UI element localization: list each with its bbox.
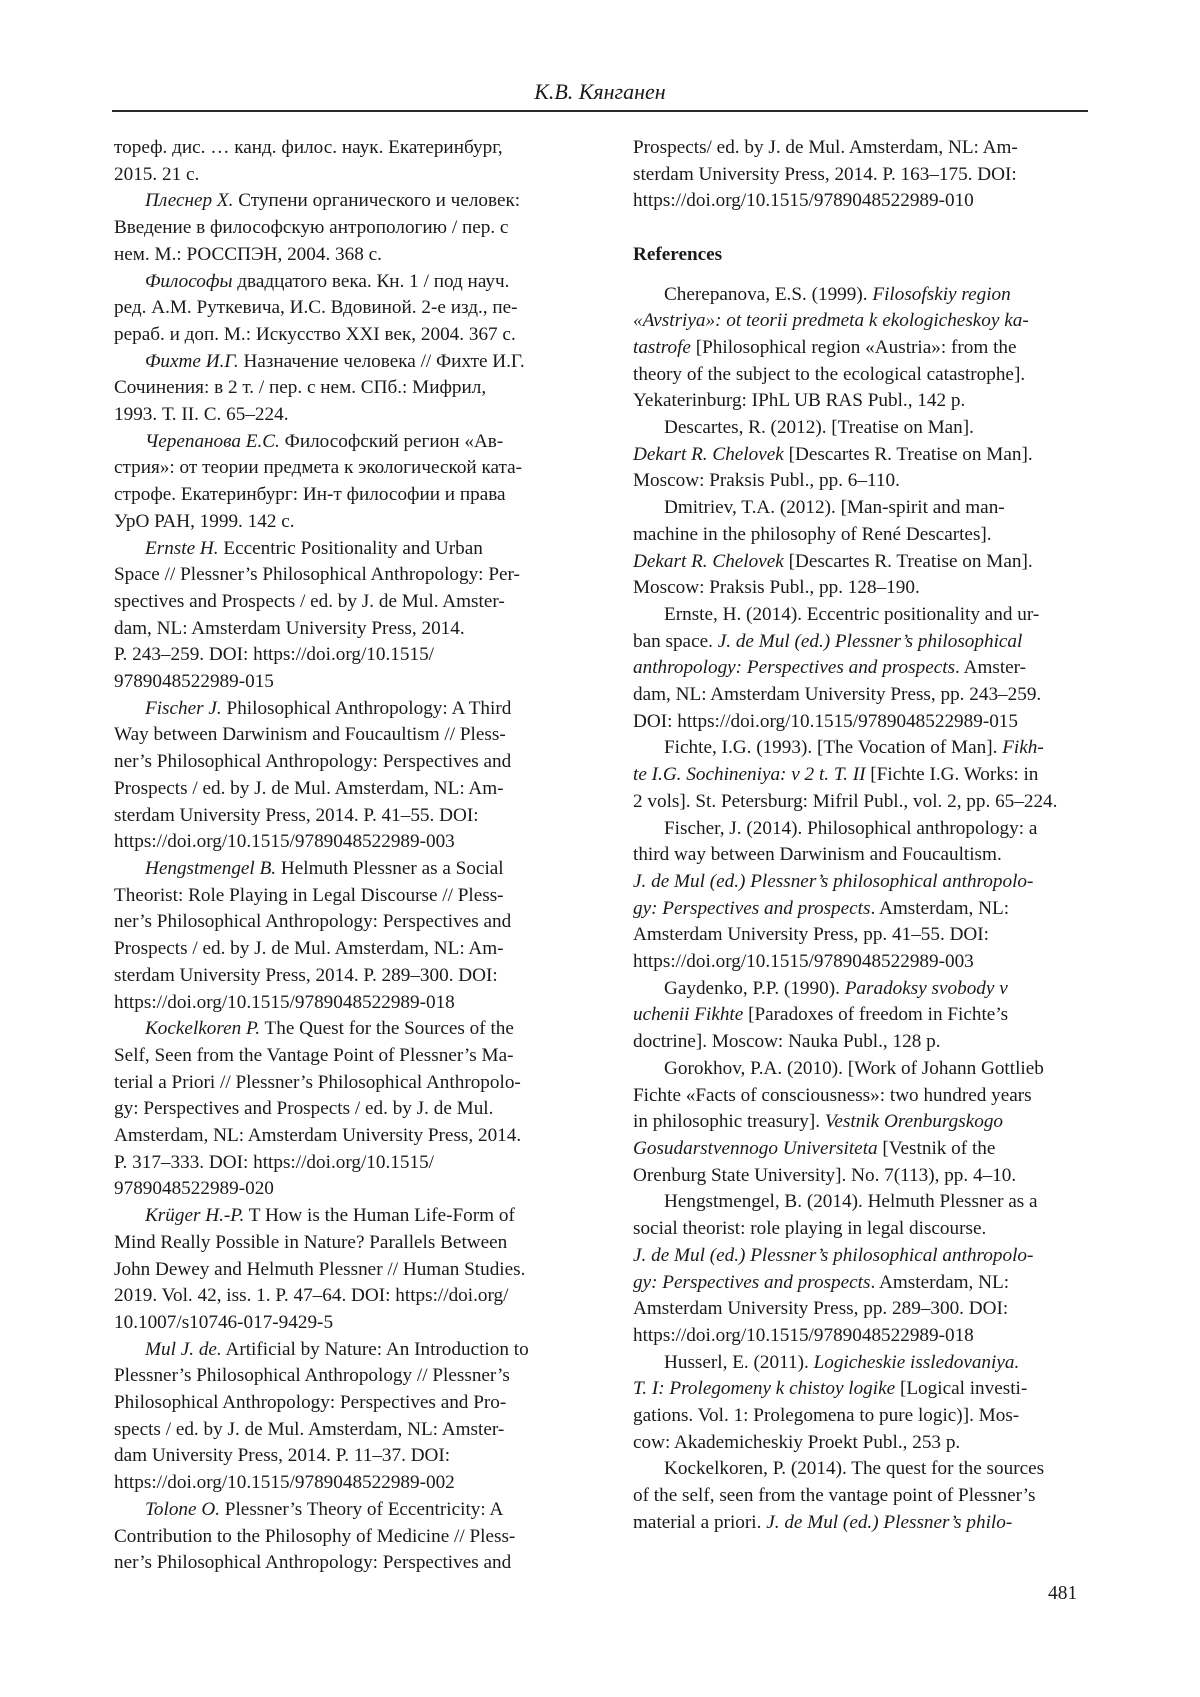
text-line: Plessner’s Philosophical Anthropology //… bbox=[114, 1363, 574, 1390]
text-line: DOI: https://doi.org/10.1515/97890485229… bbox=[633, 709, 1095, 736]
text: Theorist: Role Playing in Legal Discours… bbox=[114, 885, 504, 906]
text: Eccentric Positionality and Urban bbox=[219, 538, 483, 559]
text-line: third way between Darwinism and Foucault… bbox=[633, 842, 1095, 869]
text-line: 2019. Vol. 42, iss. 1. P. 47–64. DOI: ht… bbox=[114, 1283, 574, 1310]
right-column: Prospects/ ed. by J. de Mul. Amsterdam, … bbox=[633, 135, 1095, 1537]
bibliography-entry: Kockelkoren, P. (2014). The quest for th… bbox=[633, 1456, 1095, 1536]
text: third way between Darwinism and Foucault… bbox=[633, 844, 1002, 865]
text-line: Черепанова Е.С. Философский регион «Ав- bbox=[114, 429, 574, 456]
text: Введение в философскую антропологию / пе… bbox=[114, 217, 508, 238]
italic-text: J. de Mul (ed.) Plessner’s philosophical bbox=[718, 631, 1023, 652]
italic-text: gy: Perspectives and prospects bbox=[633, 898, 870, 919]
text: 2019. Vol. 42, iss. 1. P. 47–64. DOI: ht… bbox=[114, 1285, 508, 1306]
text: in philosophic treasury]. bbox=[633, 1111, 825, 1132]
text: Dmitriev, T.A. (2012). [Man-spirit and m… bbox=[664, 497, 1005, 518]
text: Prospects / ed. by J. de Mul. Amsterdam,… bbox=[114, 938, 504, 959]
text: Way between Darwinism and Foucaultism //… bbox=[114, 724, 506, 745]
text: ner’s Philosophical Anthropology: Perspe… bbox=[114, 911, 511, 932]
text-line: ner’s Philosophical Anthropology: Perspe… bbox=[114, 909, 574, 936]
text: Fichte «Facts of consciousness»: two hun… bbox=[633, 1085, 1032, 1106]
italic-text: Mul J. de. bbox=[145, 1339, 222, 1360]
text-line: dam, NL: Amsterdam University Press, pp.… bbox=[633, 682, 1095, 709]
text-line: 9789048522989-015 bbox=[114, 669, 574, 696]
text: DOI: https://doi.org/10.1515/97890485229… bbox=[633, 711, 1018, 732]
text-line: Krüger H.-P. T How is the Human Life-For… bbox=[114, 1203, 574, 1230]
text: dam, NL: Amsterdam University Press, pp.… bbox=[633, 684, 1041, 705]
text: Ступени органического и человек: bbox=[233, 190, 520, 211]
text: social theorist: role playing in legal d… bbox=[633, 1218, 986, 1239]
text-line: Dekart R. Chelovek [Descartes R. Treatis… bbox=[633, 442, 1095, 469]
bibliography-entry: Fichte, I.G. (1993). [The Vocation of Ma… bbox=[633, 735, 1095, 815]
text: [Philosophical region «Austria»: from th… bbox=[691, 337, 1017, 358]
text: Kockelkoren, P. (2014). The quest for th… bbox=[664, 1458, 1044, 1479]
text-line: Contribution to the Philosophy of Medici… bbox=[114, 1524, 574, 1551]
text-line: Плеснер Х. Ступени органического и челов… bbox=[114, 188, 574, 215]
text: Mind Really Possible in Nature? Parallel… bbox=[114, 1232, 507, 1253]
text: [Fichte I.G. Works: in bbox=[866, 764, 1039, 785]
text: Hengstmengel, B. (2014). Helmuth Plessne… bbox=[664, 1191, 1038, 1212]
text: John Dewey and Helmuth Plessner // Human… bbox=[114, 1259, 525, 1280]
italic-text: T. I: Prolegomeny k chistoy logike bbox=[633, 1378, 895, 1399]
text-line: Self, Seen from the Vantage Point of Ple… bbox=[114, 1043, 574, 1070]
bibliography-entry: Ernste H. Eccentric Positionality and Ur… bbox=[114, 536, 574, 696]
text-line: Kockelkoren P. The Quest for the Sources… bbox=[114, 1016, 574, 1043]
text: Сочинения: в 2 т. / пер. с нем. СПб.: Ми… bbox=[114, 377, 486, 398]
text-line: Space // Plessner’s Philosophical Anthro… bbox=[114, 562, 574, 589]
text-line: стрия»: от теории предмета к экологическ… bbox=[114, 455, 574, 482]
text: Gaydenko, P.P. (1990). bbox=[664, 978, 845, 999]
text: [Descartes R. Treatise on Man]. bbox=[784, 551, 1033, 572]
text-line: Gorokhov, P.A. (2010). [Work of Johann G… bbox=[633, 1056, 1095, 1083]
text: Prospects/ ed. by J. de Mul. Amsterdam, … bbox=[633, 137, 1018, 158]
text-line: https://doi.org/10.1515/9789048522989-01… bbox=[114, 990, 574, 1017]
text-line: https://doi.org/10.1515/9789048522989-00… bbox=[114, 1470, 574, 1497]
text: ред. А.М. Руткевича, И.С. Вдовиной. 2-е … bbox=[114, 297, 518, 318]
text-line: Prospects/ ed. by J. de Mul. Amsterdam, … bbox=[633, 135, 1095, 162]
text: material a priori. bbox=[633, 1512, 766, 1533]
bibliography-entry: Kockelkoren P. The Quest for the Sources… bbox=[114, 1016, 574, 1203]
text-line: Dmitriev, T.A. (2012). [Man-spirit and m… bbox=[633, 495, 1095, 522]
bibliography-entry: Философы двадцатого века. Кн. 1 / под на… bbox=[114, 269, 574, 349]
text-line: Orenburg State University]. No. 7(113), … bbox=[633, 1163, 1095, 1190]
text-line: J. de Mul (ed.) Plessner’s philosophical… bbox=[633, 869, 1095, 896]
italic-text: Hengstmengel B. bbox=[145, 858, 276, 879]
text-line: Философы двадцатого века. Кн. 1 / под на… bbox=[114, 269, 574, 296]
italic-text: Фихте И.Г. bbox=[145, 351, 239, 372]
text: spectives and Prospects / ed. by J. de M… bbox=[114, 591, 505, 612]
text: Helmuth Plessner as a Social bbox=[276, 858, 504, 879]
bibliography-entry: Плеснер Х. Ступени органического и челов… bbox=[114, 188, 574, 268]
text: двадцатого века. Кн. 1 / под науч. bbox=[232, 271, 509, 292]
text: Space // Plessner’s Philosophical Anthro… bbox=[114, 564, 520, 585]
italic-text: uchenii Fikhte bbox=[633, 1004, 743, 1025]
text: [Logical investi- bbox=[895, 1378, 1027, 1399]
text-line: P. 317–333. DOI: https://doi.org/10.1515… bbox=[114, 1150, 574, 1177]
italic-text: Плеснер Х. bbox=[145, 190, 233, 211]
text-line: Moscow: Praksis Publ., pp. 128–190. bbox=[633, 575, 1095, 602]
text: sterdam University Press, 2014. P. 163–1… bbox=[633, 164, 1017, 185]
text-line: Way between Darwinism and Foucaultism //… bbox=[114, 722, 574, 749]
bibliography-entry: Dmitriev, T.A. (2012). [Man-spirit and m… bbox=[633, 495, 1095, 602]
text: нем. М.: РОССПЭН, 2004. 368 с. bbox=[114, 244, 382, 265]
text: Philosophical Anthropology: A Third bbox=[222, 698, 512, 719]
italic-text: Ernste H. bbox=[145, 538, 219, 559]
bibliography-entry: тореф. дис. … канд. филос. наук. Екатери… bbox=[114, 135, 574, 188]
text: Plessner’s Philosophical Anthropology //… bbox=[114, 1365, 510, 1386]
text-line: Husserl, E. (2011). Logicheskie issledov… bbox=[633, 1350, 1095, 1377]
text-line: material a priori. J. de Mul (ed.) Pless… bbox=[633, 1510, 1095, 1537]
text: theory of the subject to the ecological … bbox=[633, 364, 1025, 385]
text-line: ner’s Philosophical Anthropology: Perspe… bbox=[114, 749, 574, 776]
text-line: рераб. и доп. М.: Искусство XXI век, 200… bbox=[114, 322, 574, 349]
text: 2015. 21 с. bbox=[114, 164, 199, 185]
text: cow: Akademicheskiy Proekt Publ., 253 p. bbox=[633, 1432, 960, 1453]
text: Descartes, R. (2012). [Treatise on Man]. bbox=[664, 417, 974, 438]
text: . Amster- bbox=[955, 657, 1026, 678]
text: 9789048522989-020 bbox=[114, 1178, 274, 1199]
text-line: строфе. Екатеринбург: Ин-т философии и п… bbox=[114, 482, 574, 509]
text-line: Amsterdam University Press, pp. 41–55. D… bbox=[633, 922, 1095, 949]
text-line: 2015. 21 с. bbox=[114, 162, 574, 189]
page-number: 481 bbox=[1048, 1583, 1077, 1605]
italic-text: Философы bbox=[145, 271, 232, 292]
text: строфе. Екатеринбург: Ин-т философии и п… bbox=[114, 484, 506, 505]
text-line: terial a Priori // Plessner’s Philosophi… bbox=[114, 1070, 574, 1097]
text-line: УрО РАН, 1999. 142 с. bbox=[114, 509, 574, 536]
text: 2 vols]. St. Petersburg: Mifril Publ., v… bbox=[633, 791, 1057, 812]
bibliography-entry: Ernste, H. (2014). Eccentric positionali… bbox=[633, 602, 1095, 736]
bibliography-entry: Cherepanova, E.S. (1999). Filosofskiy re… bbox=[633, 282, 1095, 416]
text: Fichte, I.G. (1993). [The Vocation of Ma… bbox=[664, 737, 1002, 758]
text: sterdam University Press, 2014. P. 41–55… bbox=[114, 805, 479, 826]
italic-text: Fischer J. bbox=[145, 698, 222, 719]
italic-text: te I.G. Sochineniya: v 2 t. T. II bbox=[633, 764, 866, 785]
text: Prospects / ed. by J. de Mul. Amsterdam,… bbox=[114, 778, 504, 799]
bibliography-entry: Фихте И.Г. Назначение человека // Фихте … bbox=[114, 349, 574, 429]
text: [Descartes R. Treatise on Man]. bbox=[784, 444, 1033, 465]
text: https://doi.org/10.1515/9789048522989-01… bbox=[633, 190, 974, 211]
text-line: tastrofe [Philosophical region «Austria»… bbox=[633, 335, 1095, 362]
text-line: Amsterdam University Press, pp. 289–300.… bbox=[633, 1296, 1095, 1323]
italic-text: tastrofe bbox=[633, 337, 691, 358]
text-line: Gosudarstvennogo Universiteta [Vestnik o… bbox=[633, 1136, 1095, 1163]
bibliography-entry: Mul J. de. Artificial by Nature: An Intr… bbox=[114, 1337, 574, 1497]
text-line: тореф. дис. … канд. филос. наук. Екатери… bbox=[114, 135, 574, 162]
text: dam, NL: Amsterdam University Press, 201… bbox=[114, 618, 465, 639]
bibliography-entry: Husserl, E. (2011). Logicheskie issledov… bbox=[633, 1350, 1095, 1457]
text-line: 10.1007/s10746-017-9429-5 bbox=[114, 1310, 574, 1337]
text-line: dam University Press, 2014. P. 11–37. DO… bbox=[114, 1443, 574, 1470]
left-column: тореф. дис. … канд. филос. наук. Екатери… bbox=[114, 135, 574, 1577]
text-line: Mul J. de. Artificial by Nature: An Intr… bbox=[114, 1337, 574, 1364]
text-line: sterdam University Press, 2014. P. 289–3… bbox=[114, 963, 574, 990]
references-list: Cherepanova, E.S. (1999). Filosofskiy re… bbox=[633, 282, 1095, 1537]
text-line: ban space. J. de Mul (ed.) Plessner’s ph… bbox=[633, 629, 1095, 656]
text-line: Moscow: Praksis Publ., pp. 6–110. bbox=[633, 468, 1095, 495]
text-line: https://doi.org/10.1515/9789048522989-00… bbox=[633, 949, 1095, 976]
bibliography-entry: Hengstmengel, B. (2014). Helmuth Plessne… bbox=[633, 1189, 1095, 1349]
bibliography-entry: Gaydenko, P.P. (1990). Paradoksy svobody… bbox=[633, 976, 1095, 1056]
text-line: Fischer, J. (2014). Philosophical anthro… bbox=[633, 816, 1095, 843]
text: Husserl, E. (2011). bbox=[664, 1352, 814, 1373]
text-line: Amsterdam, NL: Amsterdam University Pres… bbox=[114, 1123, 574, 1150]
text: https://doi.org/10.1515/9789048522989-00… bbox=[114, 831, 455, 852]
text-line: spectives and Prospects / ed. by J. de M… bbox=[114, 589, 574, 616]
text: Moscow: Praksis Publ., pp. 6–110. bbox=[633, 470, 900, 491]
text: Ernste, H. (2014). Eccentric positionali… bbox=[664, 604, 1039, 625]
text-line: https://doi.org/10.1515/9789048522989-01… bbox=[633, 188, 1095, 215]
text: 9789048522989-015 bbox=[114, 671, 274, 692]
text: machine in the philosophy of René Descar… bbox=[633, 524, 992, 545]
italic-text: Gosudarstvennogo Universiteta bbox=[633, 1138, 878, 1159]
text: https://doi.org/10.1515/9789048522989-00… bbox=[114, 1472, 455, 1493]
text: ner’s Philosophical Anthropology: Perspe… bbox=[114, 1552, 511, 1573]
text: Contribution to the Philosophy of Medici… bbox=[114, 1526, 515, 1547]
text-line: Fischer J. Philosophical Anthropology: A… bbox=[114, 696, 574, 723]
references-heading: References bbox=[633, 242, 1095, 269]
text: spects / ed. by J. de Mul. Amsterdam, NL… bbox=[114, 1419, 504, 1440]
text-line: Fichte «Facts of consciousness»: two hun… bbox=[633, 1083, 1095, 1110]
bibliography-entry: Descartes, R. (2012). [Treatise on Man].… bbox=[633, 415, 1095, 495]
text: [Paradoxes of freedom in Fichte’s bbox=[743, 1004, 1008, 1025]
italic-text: J. de Mul (ed.) Plessner’s philosophical… bbox=[633, 1245, 1033, 1266]
text-line: Фихте И.Г. Назначение человека // Фихте … bbox=[114, 349, 574, 376]
text: https://doi.org/10.1515/9789048522989-01… bbox=[114, 992, 455, 1013]
text-line: sterdam University Press, 2014. P. 163–1… bbox=[633, 162, 1095, 189]
text-line: ner’s Philosophical Anthropology: Perspe… bbox=[114, 1550, 574, 1577]
italic-text: Черепанова Е.С. bbox=[145, 431, 280, 452]
text-line: theory of the subject to the ecological … bbox=[633, 362, 1095, 389]
text-line: Mind Really Possible in Nature? Parallel… bbox=[114, 1230, 574, 1257]
header-rule bbox=[112, 110, 1088, 112]
text: dam University Press, 2014. P. 11–37. DO… bbox=[114, 1445, 450, 1466]
italic-text: Kockelkoren P. bbox=[145, 1018, 260, 1039]
text-line: in philosophic treasury]. Vestnik Orenbu… bbox=[633, 1109, 1095, 1136]
text-line: нем. М.: РОССПЭН, 2004. 368 с. bbox=[114, 242, 574, 269]
text-line: gations. Vol. 1: Prolegomena to pure log… bbox=[633, 1403, 1095, 1430]
text-line: https://doi.org/10.1515/9789048522989-01… bbox=[633, 1323, 1095, 1350]
italic-text: Vestnik Orenburgskogo bbox=[825, 1111, 1003, 1132]
text: Философский регион «Ав- bbox=[280, 431, 503, 452]
italic-text: gy: Perspectives and prospects bbox=[633, 1272, 870, 1293]
text: terial a Priori // Plessner’s Philosophi… bbox=[114, 1072, 521, 1093]
text-line: cow: Akademicheskiy Proekt Publ., 253 p. bbox=[633, 1430, 1095, 1457]
text-line: Gaydenko, P.P. (1990). Paradoksy svobody… bbox=[633, 976, 1095, 1003]
text-line: Cherepanova, E.S. (1999). Filosofskiy re… bbox=[633, 282, 1095, 309]
text-line: gy: Perspectives and prospects. Amsterda… bbox=[633, 896, 1095, 923]
text: doctrine]. Moscow: Nauka Publ., 128 p. bbox=[633, 1031, 941, 1052]
text-line: anthropology: Perspectives and prospects… bbox=[633, 655, 1095, 682]
italic-text: anthropology: Perspectives and prospects bbox=[633, 657, 955, 678]
text: gy: Perspectives and Prospects / ed. by … bbox=[114, 1098, 493, 1119]
text: Gorokhov, P.A. (2010). [Work of Johann G… bbox=[664, 1058, 1044, 1079]
running-head-author: К.В. Кянганен bbox=[112, 78, 1088, 106]
text-line: 9789048522989-020 bbox=[114, 1176, 574, 1203]
text: P. 243–259. DOI: https://doi.org/10.1515… bbox=[114, 644, 434, 665]
text-line: machine in the philosophy of René Descar… bbox=[633, 522, 1095, 549]
text-line: P. 243–259. DOI: https://doi.org/10.1515… bbox=[114, 642, 574, 669]
text: Self, Seen from the Vantage Point of Ple… bbox=[114, 1045, 514, 1066]
italic-text: «Avstriya»: ot teorii predmeta k ekologi… bbox=[633, 310, 1029, 331]
text-line: spects / ed. by J. de Mul. Amsterdam, NL… bbox=[114, 1417, 574, 1444]
bibliography-entry: Hengstmengel B. Helmuth Plessner as a So… bbox=[114, 856, 574, 1016]
text: Amsterdam, NL: Amsterdam University Pres… bbox=[114, 1125, 521, 1146]
text-line: Kockelkoren, P. (2014). The quest for th… bbox=[633, 1456, 1095, 1483]
text: рераб. и доп. М.: Искусство XXI век, 200… bbox=[114, 324, 516, 345]
text-line: social theorist: role playing in legal d… bbox=[633, 1216, 1095, 1243]
text-line: Tolone O. Plessner’s Theory of Eccentric… bbox=[114, 1497, 574, 1524]
text-line: John Dewey and Helmuth Plessner // Human… bbox=[114, 1257, 574, 1284]
text: Yekaterinburg: IPhL UB RAS Publ., 142 p. bbox=[633, 390, 965, 411]
text-line: dam, NL: Amsterdam University Press, 201… bbox=[114, 616, 574, 643]
text-line: Hengstmengel, B. (2014). Helmuth Plessne… bbox=[633, 1189, 1095, 1216]
text: УрО РАН, 1999. 142 с. bbox=[114, 511, 295, 532]
text: of the self, seen from the vantage point… bbox=[633, 1485, 1035, 1506]
text: тореф. дис. … канд. филос. наук. Екатери… bbox=[114, 137, 503, 158]
italic-text: Dekart R. Chelovek bbox=[633, 444, 784, 465]
text-line: Philosophical Anthropology: Perspectives… bbox=[114, 1390, 574, 1417]
text-line: Ernste H. Eccentric Positionality and Ur… bbox=[114, 536, 574, 563]
italic-text: J. de Mul (ed.) Plessner’s philo- bbox=[766, 1512, 1012, 1533]
text: Cherepanova, E.S. (1999). bbox=[664, 284, 872, 305]
continued-entry: Prospects/ ed. by J. de Mul. Amsterdam, … bbox=[633, 135, 1095, 215]
text-line: Fichte, I.G. (1993). [The Vocation of Ma… bbox=[633, 735, 1095, 762]
italic-text: Dekart R. Chelovek bbox=[633, 551, 784, 572]
text: Amsterdam University Press, pp. 289–300.… bbox=[633, 1298, 1008, 1319]
text: Philosophical Anthropology: Perspectives… bbox=[114, 1392, 506, 1413]
bibliography-entry: Черепанова Е.С. Философский регион «Ав-с… bbox=[114, 429, 574, 536]
text: Назначение человека // Фихте И.Г. bbox=[239, 351, 525, 372]
text: Orenburg State University]. No. 7(113), … bbox=[633, 1165, 1016, 1186]
text: gations. Vol. 1: Prolegomena to pure log… bbox=[633, 1405, 1019, 1426]
italic-text: Paradoksy svobody v bbox=[845, 978, 1008, 999]
text: [Vestnik of the bbox=[878, 1138, 996, 1159]
text: sterdam University Press, 2014. P. 289–3… bbox=[114, 965, 498, 986]
italic-text: Tolone O. bbox=[145, 1499, 220, 1520]
text-line: Theorist: Role Playing in Legal Discours… bbox=[114, 883, 574, 910]
text: ban space. bbox=[633, 631, 718, 652]
text-line: gy: Perspectives and prospects. Amsterda… bbox=[633, 1270, 1095, 1297]
text: . Amsterdam, NL: bbox=[870, 898, 1009, 919]
italic-text: J. de Mul (ed.) Plessner’s philosophical… bbox=[633, 871, 1033, 892]
text: https://doi.org/10.1515/9789048522989-01… bbox=[633, 1325, 974, 1346]
bibliography-entry: Tolone O. Plessner’s Theory of Eccentric… bbox=[114, 1497, 574, 1577]
italic-text: Fikh- bbox=[1002, 737, 1044, 758]
bibliography-entry: Fischer J. Philosophical Anthropology: A… bbox=[114, 696, 574, 856]
text-line: T. I: Prolegomeny k chistoy logike [Logi… bbox=[633, 1376, 1095, 1403]
text-line: gy: Perspectives and Prospects / ed. by … bbox=[114, 1096, 574, 1123]
text: . Amsterdam, NL: bbox=[870, 1272, 1009, 1293]
text-line: «Avstriya»: ot teorii predmeta k ekologi… bbox=[633, 308, 1095, 335]
bibliography-entry: Prospects/ ed. by J. de Mul. Amsterdam, … bbox=[633, 135, 1095, 215]
text-line: 2 vols]. St. Petersburg: Mifril Publ., v… bbox=[633, 789, 1095, 816]
text-line: ред. А.М. Руткевича, И.С. Вдовиной. 2-е … bbox=[114, 295, 574, 322]
text-line: Ernste, H. (2014). Eccentric positionali… bbox=[633, 602, 1095, 629]
text: The Quest for the Sources of the bbox=[260, 1018, 514, 1039]
text-line: Yekaterinburg: IPhL UB RAS Publ., 142 p. bbox=[633, 388, 1095, 415]
bibliography-entry: Gorokhov, P.A. (2010). [Work of Johann G… bbox=[633, 1056, 1095, 1190]
text: Artificial by Nature: An Introduction to bbox=[222, 1339, 529, 1360]
text: 10.1007/s10746-017-9429-5 bbox=[114, 1312, 333, 1333]
text-line: Введение в философскую антропологию / пе… bbox=[114, 215, 574, 242]
text-line: doctrine]. Moscow: Nauka Publ., 128 p. bbox=[633, 1029, 1095, 1056]
text-line: Сочинения: в 2 т. / пер. с нем. СПб.: Ми… bbox=[114, 375, 574, 402]
text-line: Prospects / ed. by J. de Mul. Amsterdam,… bbox=[114, 936, 574, 963]
text: ner’s Philosophical Anthropology: Perspe… bbox=[114, 751, 511, 772]
text-line: https://doi.org/10.1515/9789048522989-00… bbox=[114, 829, 574, 856]
text-line: sterdam University Press, 2014. P. 41–55… bbox=[114, 803, 574, 830]
bibliography-entry: Krüger H.-P. T How is the Human Life-For… bbox=[114, 1203, 574, 1337]
text: стрия»: от теории предмета к экологическ… bbox=[114, 457, 522, 478]
bibliography-entry: Fischer, J. (2014). Philosophical anthro… bbox=[633, 816, 1095, 976]
text-line: Hengstmengel B. Helmuth Plessner as a So… bbox=[114, 856, 574, 883]
text: Amsterdam University Press, pp. 41–55. D… bbox=[633, 924, 989, 945]
text-line: J. de Mul (ed.) Plessner’s philosophical… bbox=[633, 1243, 1095, 1270]
text: P. 317–333. DOI: https://doi.org/10.1515… bbox=[114, 1152, 434, 1173]
text-line: Dekart R. Chelovek [Descartes R. Treatis… bbox=[633, 549, 1095, 576]
text-line: te I.G. Sochineniya: v 2 t. T. II [Ficht… bbox=[633, 762, 1095, 789]
text: Plessner’s Theory of Eccentricity: A bbox=[220, 1499, 503, 1520]
text: T How is the Human Life-Form of bbox=[244, 1205, 515, 1226]
text: Moscow: Praksis Publ., pp. 128–190. bbox=[633, 577, 920, 598]
text: 1993. Т. II. С. 65–224. bbox=[114, 404, 289, 425]
text-line: Prospects / ed. by J. de Mul. Amsterdam,… bbox=[114, 776, 574, 803]
text-line: Descartes, R. (2012). [Treatise on Man]. bbox=[633, 415, 1095, 442]
text-line: uchenii Fikhte [Paradoxes of freedom in … bbox=[633, 1002, 1095, 1029]
italic-text: Logicheskie issledovaniya. bbox=[814, 1352, 1020, 1373]
text-line: 1993. Т. II. С. 65–224. bbox=[114, 402, 574, 429]
text: Fischer, J. (2014). Philosophical anthro… bbox=[664, 818, 1037, 839]
italic-text: Filosofskiy region bbox=[872, 284, 1010, 305]
text-line: of the self, seen from the vantage point… bbox=[633, 1483, 1095, 1510]
italic-text: Krüger H.-P. bbox=[145, 1205, 244, 1226]
text: https://doi.org/10.1515/9789048522989-00… bbox=[633, 951, 974, 972]
